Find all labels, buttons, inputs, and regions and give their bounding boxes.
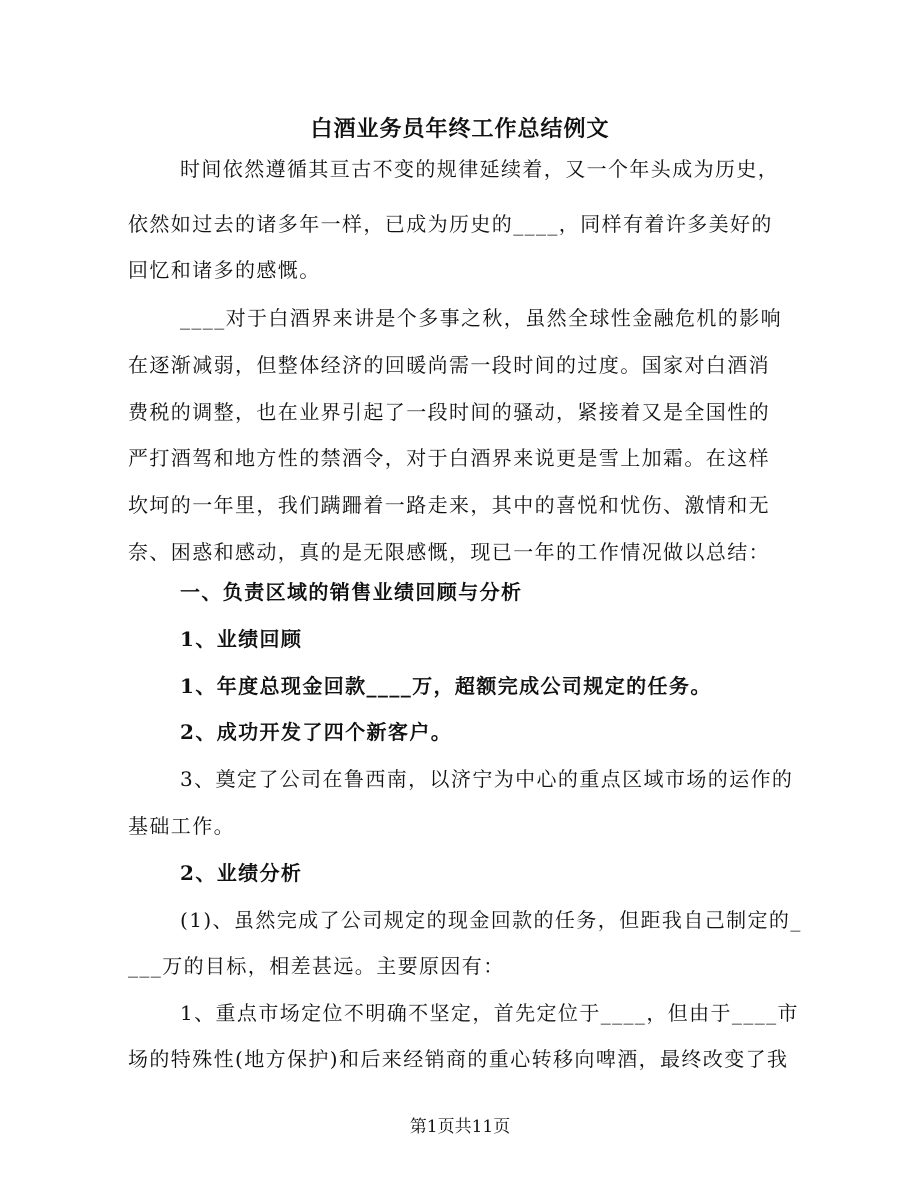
paragraph-line: 场的特殊性(地方保护)和后来经销商的重心转移向啤酒，最终改变了我 (128, 1045, 792, 1073)
page-indicator: 第1页共11页 (0, 1112, 920, 1137)
list-item: 1、重点市场定位不明确不坚定，首先定位于____，但由于____市 (180, 999, 844, 1027)
document-page: 白酒业务员年终工作总结例文 时间依然遵循其亘古不变的规律延续着，又一个年头成为历… (0, 0, 920, 1191)
paragraph-line: 基础工作。 (128, 812, 792, 840)
paragraph-line: ____对于白酒界来讲是个多事之秋，虽然全球性金融危机的影响 (180, 304, 844, 332)
paragraph-line: 奈、困惑和感动，真的是无限感慨，现已一年的工作情况做以总结： (128, 538, 792, 566)
paragraph-line: 在逐渐减弱，但整体经济的回暖尚需一段时间的过度。国家对白酒消 (128, 351, 792, 379)
list-item: 1、年度总现金回款____万，超额完成公司规定的任务。 (180, 672, 844, 700)
list-item: 3、奠定了公司在鲁西南，以济宁为中心的重点区域市场的运作的 (180, 765, 844, 793)
paragraph-line: 回忆和诸多的感慨。 (128, 256, 792, 284)
subsection-heading: 1、业绩回顾 (180, 625, 844, 653)
paragraph-line: 坎坷的一年里，我们蹒跚着一路走来，其中的喜悦和忧伤、激情和无 (128, 491, 792, 519)
paragraph-line: 严打酒驾和地方性的禁酒令，对于白酒界来说更是雪上加霜。在这样 (128, 444, 792, 472)
list-item: 2、成功开发了四个新客户。 (180, 718, 844, 746)
document-title: 白酒业务员年终工作总结例文 (0, 112, 920, 143)
paragraph-line: 依然如过去的诸多年一样，已成为历史的____，同样有着许多美好的 (128, 210, 792, 238)
paragraph-line: (1)、虽然完成了公司规定的现金回款的任务，但距我自己制定的_ (180, 906, 844, 934)
paragraph-line: ___万的目标，相差甚远。主要原因有： (128, 952, 792, 980)
subsection-heading: 2、业绩分析 (180, 859, 844, 887)
section-heading: 一、负责区域的销售业绩回顾与分析 (180, 578, 844, 606)
paragraph-line: 时间依然遵循其亘古不变的规律延续着，又一个年头成为历史， (180, 155, 844, 183)
paragraph-line: 费税的调整，也在业界引起了一段时间的骚动，紧接着又是全国性的 (128, 398, 792, 426)
